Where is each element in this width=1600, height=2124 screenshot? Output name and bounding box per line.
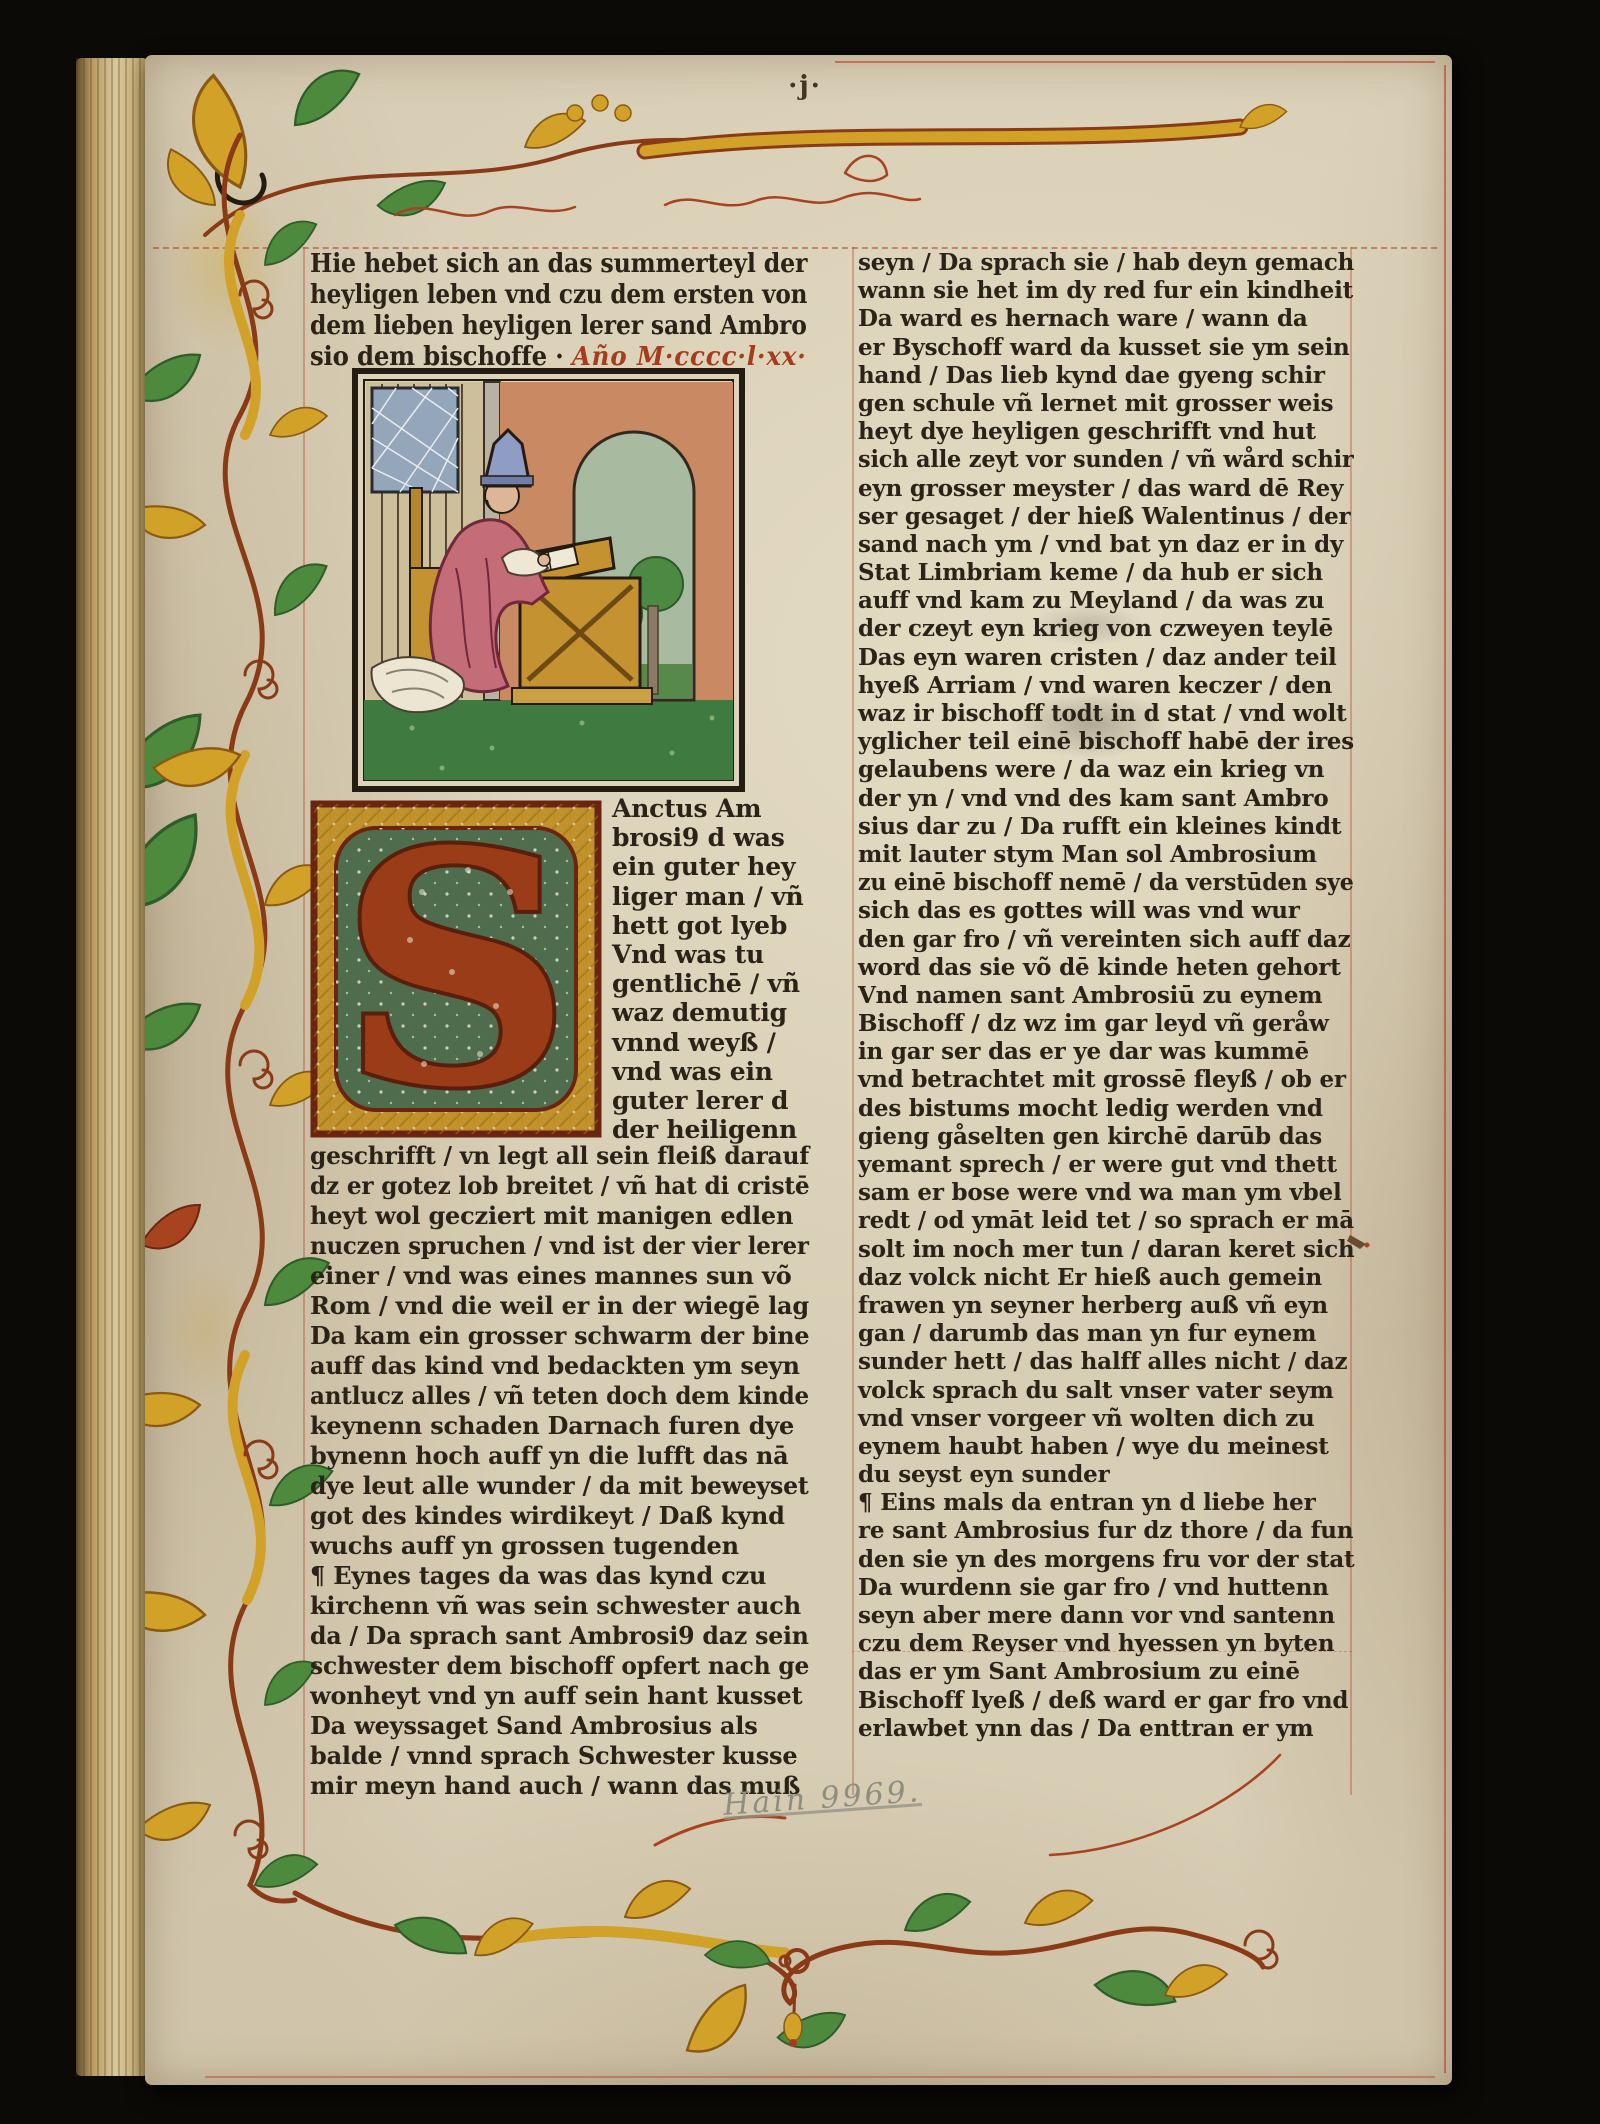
red-ruling-line [852,247,854,1795]
text-line: schwester dem bischoff opfert nach ge [310,1651,795,1681]
text-line: nuczen spruchen / vnd ist der vier lerer [310,1231,786,1261]
text-line: Rom / vnd die weil er in der wiegē lag [310,1291,809,1321]
text-line: in gar ser das er ye dar was kummē [858,1038,1354,1066]
heading-line-final: sio dem bischoffe · Año M·cccc·l·xx· [310,341,767,372]
text-line: des bistums mocht ledig werden vnd [858,1095,1354,1123]
text-line: vnd betrachtet mit grossē fleyß / ob er [858,1066,1354,1094]
open-book [520,546,578,576]
text-line: daz volck nicht Er hieß auch gemein [858,1264,1354,1292]
text-line: hand / Das lieb kynd dae gyeng schir [858,362,1354,390]
text-line: solt im noch mer tun / daran keret sich [858,1236,1352,1264]
text-line: Anctus Am [612,794,809,823]
yellow-stain [145,1225,271,1435]
text-line: guter lerer d [612,1086,809,1115]
panelled-wall [366,382,484,700]
initial-letter-s: S [340,800,571,1138]
text-line: balde / vnnd sprach Schwester kusse [310,1741,809,1771]
text-line: word das sie võ dē kinde heten gehort [858,954,1354,982]
bishop-robe [430,520,548,692]
text-line: der czeyt eyn krieg von czweyen teylē [858,615,1354,643]
manuscript-page: ·j· Hie hebet sich an das summerteyl der… [145,55,1452,2085]
chapter-heading: Hie hebet sich an das summerteyl derheyl… [310,248,807,372]
white-drapery [371,657,463,712]
right-column-text: seyn / Da sprach sie / hab deyn gemachwa… [858,249,1354,1743]
text-line: seyn aber mere dann vor vnd santenn [858,1602,1354,1630]
text-line: das er ym Sant Ambrosium zu einē [858,1658,1354,1686]
lectern [502,538,614,590]
text-line: sunder hett / das halff alles nicht / da… [858,1348,1354,1376]
text-line: wuchs auff yn grossen tugenden [310,1531,809,1561]
text-line: keynenn schaden Darnach furen dye [310,1411,809,1441]
folio-number: ·j· [770,71,840,101]
text-line: der heiligenn [612,1115,809,1144]
text-line: Das eyn waren cristen / daz ander teil [858,644,1354,672]
book-page-edges [76,58,148,2076]
heading-line-final-text: sio dem bischoffe · [310,341,564,372]
bishop-sleeve [502,549,548,575]
text-line: ¶ Eins mals da entran yn d liebe her [858,1489,1354,1517]
text-line: Stat Limbriam keme / da hub er sich [858,559,1354,587]
text-line: Vnd was tu [612,940,809,969]
woodcut-bishop-writing-at-desk [352,368,745,792]
text-line: Bischoff lyeß / deß ward er gar fro vnd [858,1687,1354,1715]
text-line: waz ir bischoff todt in d stat / vnd wol… [858,700,1354,728]
lattice-window [372,388,458,492]
text-line: ¶ Eynes tages da was das kynd czu [310,1561,809,1591]
text-line: sich alle zeyt vor sunden / vñ wård schi… [858,446,1342,474]
text-line: er Byschoff ward da kusset sie ym sein [858,334,1354,362]
red-edge-stain [205,2076,1435,2078]
text-line: czu dem Reyser vnd hyessen yn byten [858,1630,1354,1658]
text-line: da / Da sprach sant Ambrosi9 daz sein [310,1621,801,1651]
text-line: sand nach ym / vnd bat yn daz er in dy [858,531,1354,559]
text-line: kirchenn vñ was sein schwester auch [310,1591,809,1621]
text-line: Da kam ein grosser schwarm der bine [310,1321,806,1351]
text-line: gan / darumb das man yn fur eynem [858,1320,1354,1348]
bishop-mitre [484,430,530,486]
text-line: vnnd weyß / [612,1028,809,1057]
text-line: mit lauter stym Man sol Ambrosium [858,841,1354,869]
photograph-background: ·j· Hie hebet sich an das summerteyl der… [0,0,1600,2124]
text-line: hyeß Arriam / vnd waren keczer / den [858,672,1354,700]
red-ruling-line [303,247,305,1857]
text-line: brosi9 d was [612,823,809,852]
text-line: yemant sprech / er were gut vnd thett [858,1151,1354,1179]
initial-medallion [336,828,576,1110]
text-line: yglicher teil einē bischoff habē der ire… [858,728,1351,756]
heading-line: Hie hebet sich an das summerteyl der [310,248,754,279]
text-line: heyt dye heyligen geschrifft vnd hut [858,418,1354,446]
tree [578,582,642,646]
heading-lines: Hie hebet sich an das summerteyl derheyl… [310,248,807,341]
text-line: hett got lyeb [612,911,809,940]
text-line: den gar fro / vñ vereinten sich auff daz [858,926,1354,954]
text-line: auff vnd kam zu Meyland / da was zu [858,587,1354,615]
pilaster [484,382,500,700]
yellow-stain [145,143,312,388]
initial-side-text: Anctus Ambrosi9 d wasein guter heyliger … [612,794,809,1144]
text-line: wann sie het im dy red fur ein kindheit [858,277,1354,305]
text-line: gelaubens were / da waz ein krieg vn [858,756,1354,784]
text-line: frawen yn seyner herberg auß vñ eyn [858,1292,1354,1320]
bishop-hand [538,554,550,566]
heading-line: dem lieben heyligen lerer sand Ambro [310,310,750,341]
text-line: einer / vnd was eines mannes sun võ [310,1261,809,1291]
text-line: got des kindes wirdikeyt / Daß kynd [310,1501,809,1531]
text-line: Da wurdenn sie gar fro / vnd huttenn [858,1574,1354,1602]
text-line: antlucz alles / vñ teten doch dem kinde [310,1381,789,1411]
text-line: Vnd namen sant Ambrosiū zu eynem [858,982,1354,1010]
text-line: gentlichē / vñ [612,969,809,998]
text-line: Da ward es hernach ware / wann da [858,305,1354,333]
text-line: Bischoff / dz wz im gar leyd vñ geråw [858,1010,1354,1038]
text-line: vnd vnser vorgeer vñ wolten dich zu [858,1405,1354,1433]
text-line: auff das kind vnd bedackten ym seyn [310,1351,809,1381]
text-line: eynem haubt haben / wye du meinest [858,1433,1354,1461]
text-line: den sie yn des morgens fru vor der stat [858,1546,1353,1574]
year-inscription: Año M·cccc·l·xx· [572,341,807,372]
illuminated-initial-s: S [310,800,602,1138]
arch-opening [574,432,694,700]
text-line: gieng gåselten gen kirchē darūb das [858,1123,1354,1151]
text-line: ser gesaget / der hieß Walentinus / der [858,503,1354,531]
text-line: ein guter hey [612,852,809,881]
text-line: liger man / vñ [612,882,809,911]
text-line: geschrifft / vn legt all sein fleiß dara… [310,1141,795,1171]
text-line: sam er bose were vnd wa man ym vbel [858,1179,1354,1207]
bishop-face [485,479,519,513]
red-edge-stain [835,61,1435,63]
arch-wall [500,382,733,700]
text-line: re sant Ambrosius fur dz thore / da fun [858,1517,1354,1545]
text-line: zu einē bischoff nemē / da verstūden sye [858,869,1336,897]
text-line: seyn / Da sprach sie / hab deyn gemach [858,249,1352,277]
green-floor [364,700,733,780]
text-line: bynenn hoch auff yn die lufft das nā [310,1441,809,1471]
text-line: Da weyssaget Sand Ambrosius als [310,1711,809,1741]
text-line: volck sprach du salt vnser vater seym [858,1377,1354,1405]
text-line: du seyst eyn sunder [858,1461,1354,1489]
text-line: waz demutig [612,998,809,1027]
red-edge-stain [1444,65,1446,2073]
text-line: redt / od ymāt leid tet / so sprach er m… [858,1207,1348,1235]
text-line: eyn grosser meyster / das ward dē Rey [858,475,1354,503]
text-line: sich das es gottes will was vnd wur [858,897,1354,925]
text-line: erlawbet ynn das / Da enttran er ym [858,1715,1354,1743]
left-column-text: geschrifft / vn legt all sein fleiß dara… [310,1141,809,1801]
text-line: wonheyt vnd yn auff sein hant kusset [310,1681,809,1711]
text-line: dye leut alle wunder / da mit beweyset [310,1471,800,1501]
text-line: heyt wol gecziert mit manigen edlen [310,1201,809,1231]
text-line: gen schule vñ lernet mit grosser weis [858,390,1354,418]
text-line: vnd was ein [612,1057,809,1086]
text-line: sius dar zu / Da rufft ein kleines kindt [858,813,1354,841]
text-line: der yn / vnd vnd des kam sant Ambro [858,785,1354,813]
heading-line: heyligen leben vnd czu dem ersten von [310,279,744,310]
text-line: dz er gotez lob breitet / vñ hat di cris… [310,1171,792,1201]
